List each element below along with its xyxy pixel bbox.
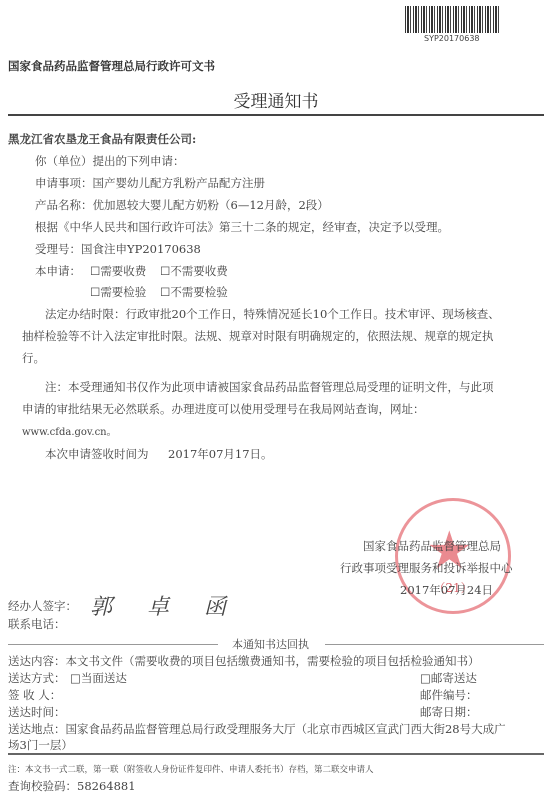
issuer-line-2: 行政事项受理服务和投诉举报中心 bbox=[340, 560, 513, 576]
deadline-line-3: 行。 bbox=[22, 350, 45, 366]
delivery-in-person-checkbox[interactable]: □当面送达 bbox=[70, 670, 127, 686]
issuer-date: 2017年07月24日 bbox=[400, 582, 493, 598]
deadline-line-1: 法定办结时限：行政审批20个工作日，特殊情况延长10个工作日。技术审评、现场核查… bbox=[45, 306, 500, 322]
receipt-divider-left bbox=[8, 644, 218, 645]
received-label: 本次申请签收时间为 bbox=[45, 446, 149, 462]
delivery-place-line-1: 送达地点：国家食品药品监督管理总局行政受理服务大厅（北京市西城区宣武门西大街28… bbox=[8, 721, 506, 737]
checkbox-icon[interactable]: ☐ bbox=[90, 264, 100, 278]
acceptance-number: 受理号：国食注申YP20170638 bbox=[35, 241, 201, 257]
checkbox-icon[interactable]: ☐ bbox=[160, 264, 170, 278]
checkbox-icon[interactable]: ☐ bbox=[160, 285, 170, 299]
note-line-2: 申请的审批结果无必然联系。办理进度可以使用受理号在我局网站查询，网址： bbox=[22, 401, 425, 417]
this-application-label: 本申请： bbox=[35, 263, 81, 279]
legal-basis: 根据《中华人民共和国行政许可法》第三十二条的规定，经审查，决定予以受理。 bbox=[35, 219, 449, 235]
website-link[interactable]: www.cfda.gov.cn。 bbox=[22, 423, 117, 438]
delivery-mail-checkbox[interactable]: □邮寄送达 bbox=[420, 670, 477, 686]
mail-date-label: 邮寄日期： bbox=[420, 704, 478, 720]
verification-code: 查询校验码：58264881 bbox=[8, 778, 136, 794]
recipient: 黑龙江省农垦龙王食品有限责任公司: bbox=[8, 131, 196, 147]
delivery-place-line-2: 场3门一层） bbox=[8, 737, 73, 753]
receipt-bottom-rule bbox=[8, 753, 544, 755]
intro-text: 你（单位）提出的下列申请： bbox=[35, 153, 185, 169]
option-fee-required[interactable]: ☐需要收费 bbox=[90, 263, 146, 279]
checkbox-icon[interactable]: ☐ bbox=[90, 285, 100, 299]
phone-label: 联系电话： bbox=[8, 616, 66, 632]
receipt-title: 本通知书达回执 bbox=[232, 636, 309, 652]
delivery-time-label: 送达时间： bbox=[8, 704, 66, 720]
application-item: 申请事项：国产婴幼儿配方乳粉产品配方注册 bbox=[35, 175, 265, 191]
title-divider bbox=[8, 114, 544, 116]
mail-number-label: 邮件编号： bbox=[420, 687, 478, 703]
signee-label: 签 收 人： bbox=[8, 687, 61, 703]
option-fee-not-required[interactable]: ☐不需要收费 bbox=[160, 263, 228, 279]
barcode bbox=[405, 6, 500, 33]
receipt-content: 送达内容：本文书文件（需要收费的项目包括缴费通知书，需要检验的项目包括检验通知书… bbox=[8, 653, 480, 669]
handler-label: 经办人签字： bbox=[8, 598, 77, 614]
page-title: 受理通知书 bbox=[0, 87, 552, 112]
handler-signature: 郭 卓 函 bbox=[90, 590, 240, 621]
option-inspection-required[interactable]: ☐需要检验 bbox=[90, 284, 146, 300]
received-date: 2017年07月17日。 bbox=[168, 446, 273, 462]
delivery-method-label: 送达方式： bbox=[8, 670, 66, 686]
issuer-line-1: 国家食品药品监督管理总局 bbox=[363, 538, 501, 554]
receipt-divider-right bbox=[325, 644, 544, 645]
footer-note: 注：本文书一式二联，第一联（附签收人身份证件复印件、申请人委托书）存档，第二联交… bbox=[8, 763, 374, 775]
product-name: 产品名称：优加恩较大婴儿配方奶粉（6—12月龄，2段） bbox=[35, 197, 329, 213]
barcode-number: SYP20170638 bbox=[424, 34, 480, 43]
option-inspection-not-required[interactable]: ☐不需要检验 bbox=[160, 284, 228, 300]
note-line-1: 注：本受理通知书仅作为此项申请被国家食品药品监督管理总局受理的证明文件，与此项 bbox=[45, 379, 494, 395]
document-type-header: 国家食品药品监督管理总局行政许可文书 bbox=[8, 58, 215, 74]
deadline-line-2: 抽样检验等不计入法定审批时限。法规、规章对时限有明确规定的，依照法规、规章的规定… bbox=[22, 328, 494, 344]
